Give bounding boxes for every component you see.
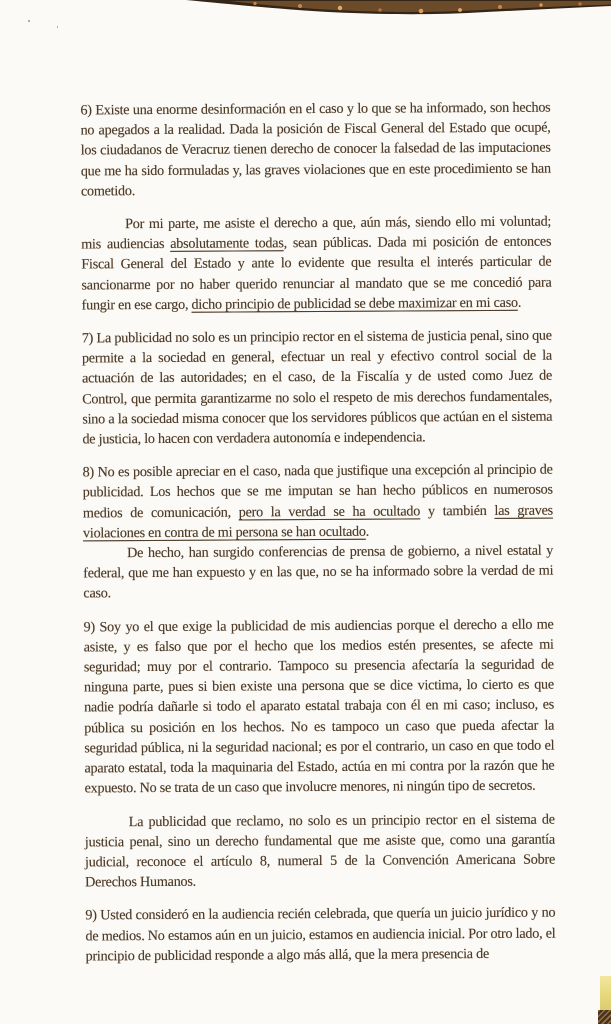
underlined-phrase: absolutamente todas [170, 235, 283, 252]
document-text-block: 6) Existe una enorme desinformación en e… [80, 98, 555, 967]
scan-dust-speck [57, 26, 58, 28]
text-segment: 9) Usted consideró en la audiencia recié… [85, 905, 555, 964]
text-segment: 6) Existe una enorme desinformación en e… [80, 100, 550, 200]
text-segment: . [518, 295, 521, 311]
text-segment: 7) La publicidad no solo es un principio… [82, 328, 553, 448]
paragraph-6: 6) Existe una enorme desinformación en e… [80, 98, 551, 202]
text-segment: La publicidad que reclamo, no solo es un… [85, 811, 555, 890]
text-segment: y también [420, 503, 494, 519]
text-segment: De hecho, han surgido conferencias de pr… [83, 543, 553, 602]
paragraph-por-mi-parte: Por mi parte, me asiste el derecho a que… [81, 212, 552, 316]
scan-corner-dark-artifact [598, 1010, 611, 1024]
scan-dust-speck [28, 20, 30, 22]
scan-top-edge-artifact [0, 0, 611, 22]
text-segment: . [366, 524, 369, 540]
paragraph-7: 7) La publicidad no solo es un principio… [82, 326, 553, 450]
scan-corner-yellow-artifact [600, 976, 611, 1011]
paragraph-la-publicidad: La publicidad que reclamo, no solo es un… [85, 809, 555, 893]
underlined-phrase: dicho principio de publicidad se debe ma… [191, 295, 517, 313]
underlined-phrase: pero la verdad se ha ocultado [239, 503, 421, 520]
text-segment: 9) Soy yo el que exige la publicidad de … [84, 616, 555, 796]
paragraph-9-soy-yo: 9) Soy yo el que exige la publicidad de … [84, 614, 555, 799]
paragraph-9-usted: 9) Usted consideró en la audiencia recié… [85, 903, 555, 966]
scanned-document-page: 6) Existe una enorme desinformación en e… [0, 0, 611, 1024]
paragraph-de-hecho: De hecho, han surgido conferencias de pr… [83, 541, 553, 604]
paragraph-8: 8) No es posible apreciar en el caso, na… [83, 460, 553, 544]
